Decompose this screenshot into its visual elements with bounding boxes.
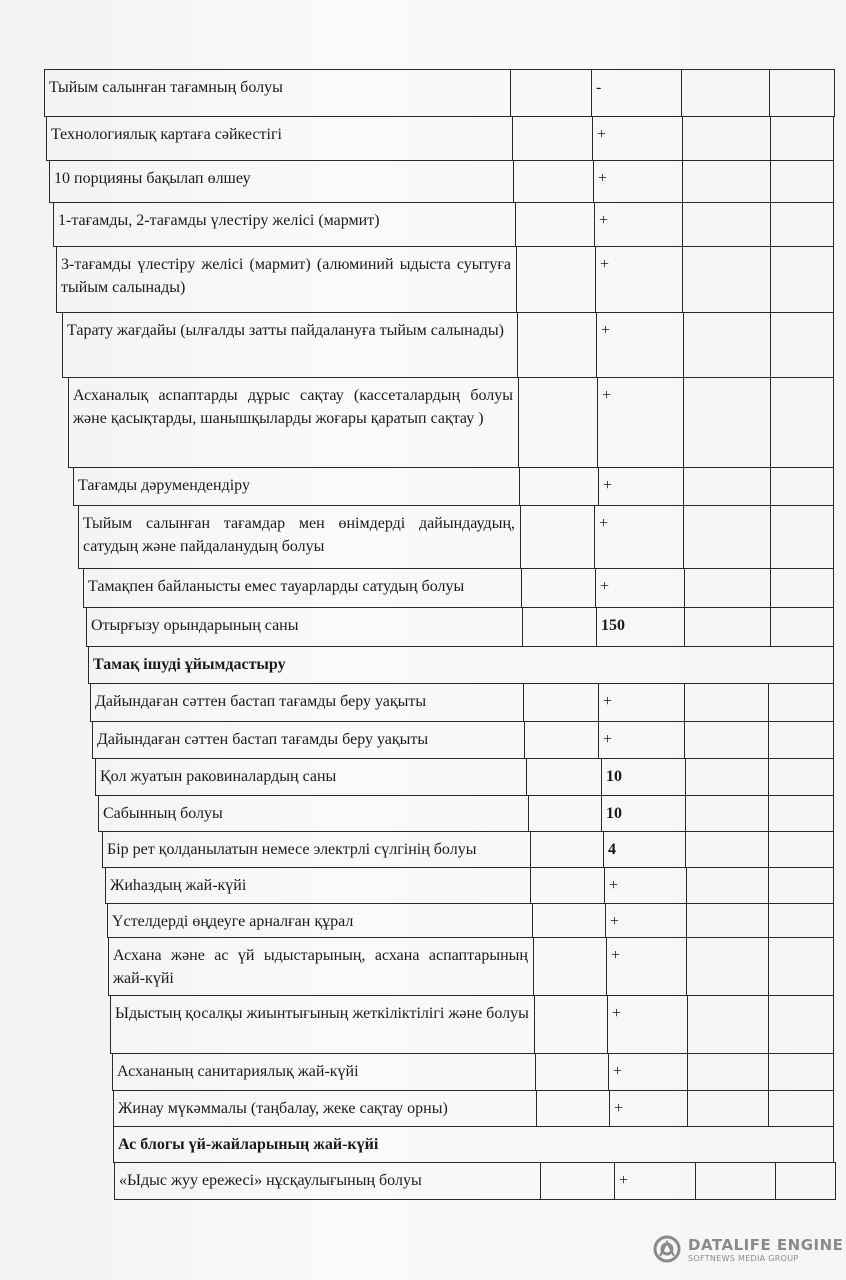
column-cell-4 <box>770 313 834 377</box>
column-cell-3 <box>684 684 768 721</box>
column-cell-3 <box>686 868 768 903</box>
criterion-value: + <box>600 575 609 598</box>
criterion-value: 10 <box>606 802 622 825</box>
column-cell-4 <box>770 203 834 246</box>
column-cell-1 <box>516 247 595 312</box>
column-cell-2 <box>591 70 681 116</box>
document-page: Тыйым салынған тағамның болуы-Технология… <box>0 0 846 1280</box>
criterion-label: Қол жуатын раковиналардың саны <box>100 765 521 788</box>
column-cell-1 <box>521 569 595 607</box>
column-cell-3 <box>695 1163 775 1199</box>
watermark-title: DATALIFE ENGINE <box>688 1236 843 1254</box>
criterion-label: Тыйым салынған тағамдар мен өнімдерді да… <box>83 512 515 558</box>
table-row: 10 порцияны бақылап өлшеу+ <box>49 160 834 203</box>
criterion-label: Отырғызу орындарының саны <box>91 614 517 637</box>
criterion-value: + <box>603 474 612 497</box>
criterion-label: Жиһаздың жай-күйі <box>110 874 525 897</box>
column-cell-4 <box>768 796 834 831</box>
column-cell-1 <box>526 759 601 795</box>
criterion-label: Асхана және ас үй ыдыстарының, асхана ас… <box>113 944 528 990</box>
column-cell-4 <box>769 70 835 116</box>
criterion-value: + <box>601 319 610 342</box>
column-cell-1 <box>512 117 592 160</box>
column-cell-4 <box>768 938 834 995</box>
table-row: Асхананың санитариялық жай-күйі+ <box>112 1053 834 1091</box>
watermark-subtitle: SOFTNEWS MEDIA GROUP <box>688 1254 843 1263</box>
column-cell-1 <box>534 996 607 1053</box>
column-cell-1 <box>532 904 605 937</box>
column-cell-4 <box>768 759 834 795</box>
criterion-label: 10 порцияны бақылап өлшеу <box>54 167 508 190</box>
column-cell-3 <box>684 569 770 607</box>
criterion-value: + <box>603 690 612 713</box>
column-cell-1 <box>530 832 603 867</box>
column-cell-4 <box>770 378 834 467</box>
criterion-value: + <box>600 253 609 276</box>
criterion-value: + <box>612 1002 621 1025</box>
column-cell-3 <box>685 796 768 831</box>
table-row: Дайындаған сәттен бастап тағамды беру уа… <box>92 721 834 759</box>
column-cell-1 <box>535 1054 608 1090</box>
column-cell-4 <box>770 569 834 607</box>
column-cell-3 <box>687 1054 768 1090</box>
criterion-label: Асханалық аспаптарды дұрыс сақтау (кассе… <box>73 384 513 430</box>
column-cell-4 <box>768 904 834 937</box>
column-cell-3 <box>682 203 770 246</box>
section-title: Тамақ ішуді ұйымдастыру <box>93 653 829 676</box>
table-row: Қол жуатын раковиналардың саны10 <box>95 758 834 796</box>
column-cell-4 <box>770 117 834 160</box>
table-row: Тарату жағдайы (ылғалды затты пайдалануғ… <box>62 312 834 378</box>
table-row: 3-тағамды үлестіру желісі (мармит) (алюм… <box>56 246 834 313</box>
column-cell-3 <box>686 904 768 937</box>
column-cell-1 <box>524 722 598 758</box>
criterion-label: Асхананың санитариялық жай-күйі <box>117 1060 530 1083</box>
table-row: 1-тағамды, 2-тағамды үлестіру желісі (ма… <box>53 202 834 247</box>
column-cell-4 <box>768 722 834 758</box>
column-cell-1 <box>517 313 596 377</box>
column-cell-4 <box>768 868 834 903</box>
column-cell-3 <box>683 313 770 377</box>
section-header-row: Тамақ ішуді ұйымдастыру <box>88 646 834 684</box>
criterion-label: Тамақпен байланысты емес тауарларды сату… <box>88 575 516 598</box>
column-cell-4 <box>770 468 834 505</box>
criterion-label: Технологиялық картаға сәйкестігі <box>51 123 507 146</box>
table-row: Сабынның болуы10 <box>98 795 834 832</box>
column-cell-3 <box>687 996 768 1053</box>
column-cell-3 <box>686 938 768 995</box>
criterion-value: + <box>599 209 608 232</box>
column-cell-4 <box>768 684 834 721</box>
table-row: Технологиялық картаға сәйкестігі+ <box>46 116 834 161</box>
column-cell-4 <box>770 608 834 646</box>
column-cell-1 <box>533 938 606 995</box>
criterion-label: 1-тағамды, 2-тағамды үлестіру желісі (ма… <box>58 209 510 232</box>
table-row: Асханалық аспаптарды дұрыс сақтау (кассе… <box>68 377 834 468</box>
criterion-value: + <box>597 123 606 146</box>
criterion-value: + <box>619 1169 628 1192</box>
datalife-logo-icon <box>652 1234 682 1264</box>
column-cell-1 <box>523 684 598 721</box>
criterion-label: 3-тағамды үлестіру желісі (мармит) (алюм… <box>61 253 511 299</box>
table-row: Тыйым салынған тағамдар мен өнімдерді да… <box>78 505 834 569</box>
criterion-value: 150 <box>601 614 625 637</box>
criterion-label: Дайындаған сәттен бастап тағамды беру уа… <box>97 728 519 751</box>
criterion-value: + <box>610 910 619 933</box>
criterion-value: + <box>598 167 607 190</box>
table-row: Бір рет қолданылатын немесе электрлі сүл… <box>102 831 834 868</box>
table-row: Жиһаздың жай-күйі+ <box>105 867 834 904</box>
column-cell-3 <box>687 1091 768 1126</box>
table-row: Отырғызу орындарының саны150 <box>86 607 834 647</box>
criterion-value: 4 <box>608 838 616 861</box>
criterion-label: Жинау мүкәммалы (таңбалау, жеке сақтау о… <box>118 1097 531 1120</box>
table-row: Жинау мүкәммалы (таңбалау, жеке сақтау о… <box>113 1090 834 1127</box>
criterion-label: Тағамды дәрумендендіру <box>78 474 514 497</box>
column-cell-3 <box>683 506 770 568</box>
column-cell-1 <box>530 868 604 903</box>
column-cell-4 <box>770 247 834 312</box>
criterion-label: Дайындаған сәттен бастап тағамды беру уа… <box>95 690 518 713</box>
criterion-value: + <box>611 944 620 967</box>
column-cell-3 <box>683 468 770 505</box>
column-cell-3 <box>685 832 768 867</box>
column-cell-3 <box>684 722 768 758</box>
column-cell-3 <box>682 117 770 160</box>
column-cell-3 <box>683 378 770 467</box>
criterion-value: 10 <box>606 765 622 788</box>
criterion-value: + <box>603 728 612 751</box>
criterion-label: Тыйым салынған тағамның болуы <box>49 76 505 99</box>
criterion-label: Бір рет қолданылатын немесе электрлі сүл… <box>107 838 525 861</box>
column-cell-1 <box>518 378 597 467</box>
column-cell-3 <box>684 608 770 646</box>
table-row: Асхана және ас үй ыдыстарының, асхана ас… <box>108 937 834 996</box>
table-row: Ыдыстың қосалқы жиынтығының жеткіліктілі… <box>110 995 834 1054</box>
section-title: Ас блогы үй-жайларының жай-күйі <box>118 1133 829 1156</box>
column-cell-1 <box>540 1163 614 1199</box>
criterion-label: Ыдыстың қосалқы жиынтығының жеткіліктілі… <box>115 1002 529 1025</box>
table-row: Үстелдерді өңдеуге арналған құрал+ <box>107 903 834 938</box>
criterion-value: + <box>602 384 611 407</box>
criterion-label: Сабынның болуы <box>103 802 523 825</box>
column-cell-3 <box>682 161 770 202</box>
column-cell-1 <box>510 70 591 116</box>
criterion-label: Тарату жағдайы (ылғалды затты пайдалануғ… <box>67 319 512 342</box>
criterion-value: + <box>613 1060 622 1083</box>
column-cell-1 <box>536 1091 609 1126</box>
column-cell-3 <box>682 247 770 312</box>
section-header-row: Ас блогы үй-жайларының жай-күйі <box>113 1126 834 1163</box>
column-cell-1 <box>513 161 593 202</box>
column-cell-1 <box>520 506 594 568</box>
column-cell-1 <box>522 608 596 646</box>
criterion-value: + <box>599 512 608 535</box>
column-cell-4 <box>775 1163 836 1199</box>
column-cell-4 <box>768 1091 834 1126</box>
column-cell-1 <box>515 203 594 246</box>
column-cell-1 <box>519 468 598 505</box>
column-cell-4 <box>770 506 834 568</box>
table-row: Тамақпен байланысты емес тауарларды сату… <box>83 568 834 608</box>
column-cell-4 <box>768 996 834 1053</box>
column-cell-1 <box>528 796 601 831</box>
column-cell-3 <box>685 759 768 795</box>
column-cell-4 <box>768 1054 834 1090</box>
table-row: Дайындаған сәттен бастап тағамды беру уа… <box>90 683 834 722</box>
criterion-value: + <box>614 1097 623 1120</box>
column-cell-4 <box>768 832 834 867</box>
criterion-label: «Ыдыс жуу ережесі» нұсқаулығының болуы <box>119 1169 535 1192</box>
criterion-value: + <box>609 874 618 897</box>
column-cell-4 <box>770 161 834 202</box>
watermark: DATALIFE ENGINE SOFTNEWS MEDIA GROUP <box>652 1234 843 1264</box>
criterion-label: Үстелдерді өңдеуге арналған құрал <box>112 910 527 933</box>
table-row: Тыйым салынған тағамның болуы- <box>44 69 835 117</box>
column-cell-3 <box>681 70 769 116</box>
table-row: Тағамды дәрумендендіру+ <box>73 467 834 506</box>
criterion-value: - <box>596 76 601 99</box>
table-row: «Ыдыс жуу ережесі» нұсқаулығының болуы+ <box>114 1162 836 1200</box>
